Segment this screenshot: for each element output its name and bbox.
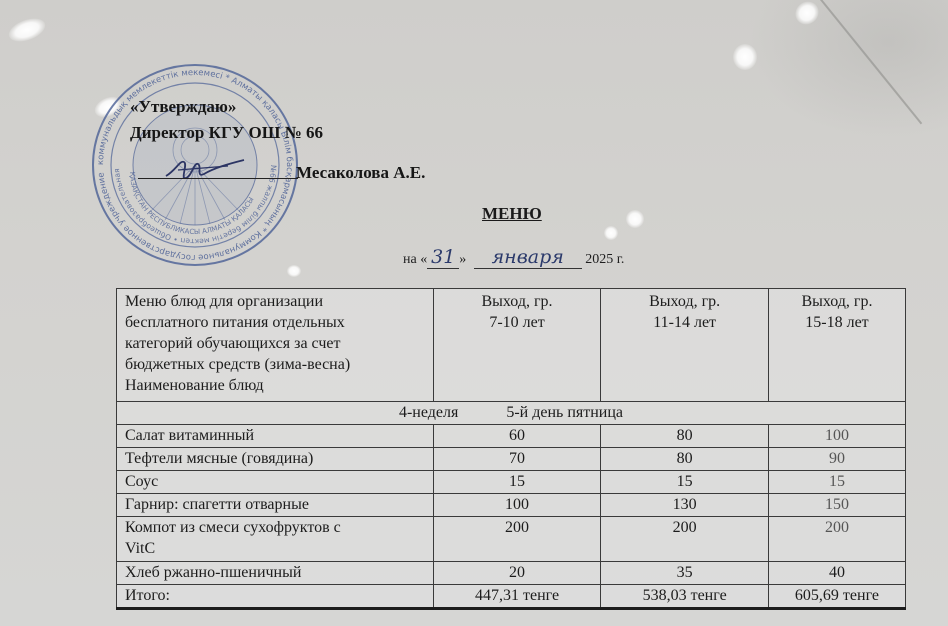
date-year: 2025 г. — [585, 252, 624, 267]
signature-line — [138, 178, 298, 179]
week-day-row: 4-неделя5-й день пятница — [117, 402, 906, 425]
document-date: на «31» января 2025 г. — [403, 246, 624, 269]
table-row: Гарнир: спагетти отварные 100 130 150 — [117, 494, 906, 517]
portion-15-18: 40 — [768, 562, 905, 585]
portion-11-14: 200 — [601, 517, 769, 562]
dish-name: Тефтели мясные (говядина) — [117, 448, 434, 471]
menu-table: Меню блюд для организации бесплатного пи… — [116, 288, 906, 610]
light-reflection — [604, 226, 618, 240]
header-group-7-10: Выход, гр. 7-10 лет — [433, 289, 601, 402]
header-dish-name: Меню блюд для организации бесплатного пи… — [117, 289, 434, 402]
portion-15-18: 90 — [768, 448, 905, 471]
header-group-11-14: Выход, гр. 11-14 лет — [601, 289, 769, 402]
table-row: Тефтели мясные (говядина) 70 80 90 — [117, 448, 906, 471]
approved-label: «Утверждаю» — [130, 94, 323, 120]
portion-15-18: 100 — [768, 425, 905, 448]
table-row: Хлеб ржанно-пшеничный 20 35 40 — [117, 562, 906, 585]
week-day-label: 4-неделя5-й день пятница — [117, 402, 906, 425]
portion-15-18: 150 — [768, 494, 905, 517]
portion-7-10: 200 — [433, 517, 601, 562]
portion-7-10: 60 — [433, 425, 601, 448]
dish-name: Хлеб ржанно-пшеничный — [117, 562, 434, 585]
portion-11-14: 80 — [601, 448, 769, 471]
dish-name: Компот из смеси сухофруктов с VitC — [117, 517, 434, 562]
portion-11-14: 35 — [601, 562, 769, 585]
table-row: Салат витаминный 60 80 100 — [117, 425, 906, 448]
portion-15-18: 200 — [768, 517, 905, 562]
table-row: Соус 15 15 15 — [117, 471, 906, 494]
portion-11-14: 80 — [601, 425, 769, 448]
table-header-row: Меню блюд для организации бесплатного пи… — [117, 289, 906, 402]
date-mid: » — [459, 252, 466, 267]
director-name: Месаколова А.Е. — [296, 163, 425, 183]
total-11-14: 538,03 тенге — [601, 585, 769, 609]
portion-11-14: 130 — [601, 494, 769, 517]
dish-name: Салат витаминный — [117, 425, 434, 448]
portion-15-18: 15 — [768, 471, 905, 494]
date-prefix: на « — [403, 252, 427, 267]
header-group-15-18: Выход, гр. 15-18 лет — [768, 289, 905, 402]
portion-11-14: 15 — [601, 471, 769, 494]
date-month: января — [474, 246, 582, 269]
light-reflection — [626, 210, 644, 228]
table-row: Компот из смеси сухофруктов с VitC 200 2… — [117, 517, 906, 562]
total-row: Итого: 447,31 тенге 538,03 тенге 605,69 … — [117, 585, 906, 609]
light-reflection — [733, 44, 757, 70]
portion-7-10: 100 — [433, 494, 601, 517]
total-label: Итого: — [117, 585, 434, 609]
total-15-18: 605,69 тенге — [768, 585, 905, 609]
portion-7-10: 15 — [433, 471, 601, 494]
date-day: 31 — [427, 246, 459, 269]
portion-7-10: 20 — [433, 562, 601, 585]
dish-name: Соус — [117, 471, 434, 494]
approval-block: «Утверждаю» Директор КГУ ОШ № 66 — [130, 94, 323, 146]
document-title: МЕНЮ — [482, 204, 542, 224]
total-7-10: 447,31 тенге — [433, 585, 601, 609]
light-reflection — [6, 14, 49, 46]
portion-7-10: 70 — [433, 448, 601, 471]
dish-name: Гарнир: спагетти отварные — [117, 494, 434, 517]
director-position: Директор КГУ ОШ № 66 — [130, 120, 323, 146]
